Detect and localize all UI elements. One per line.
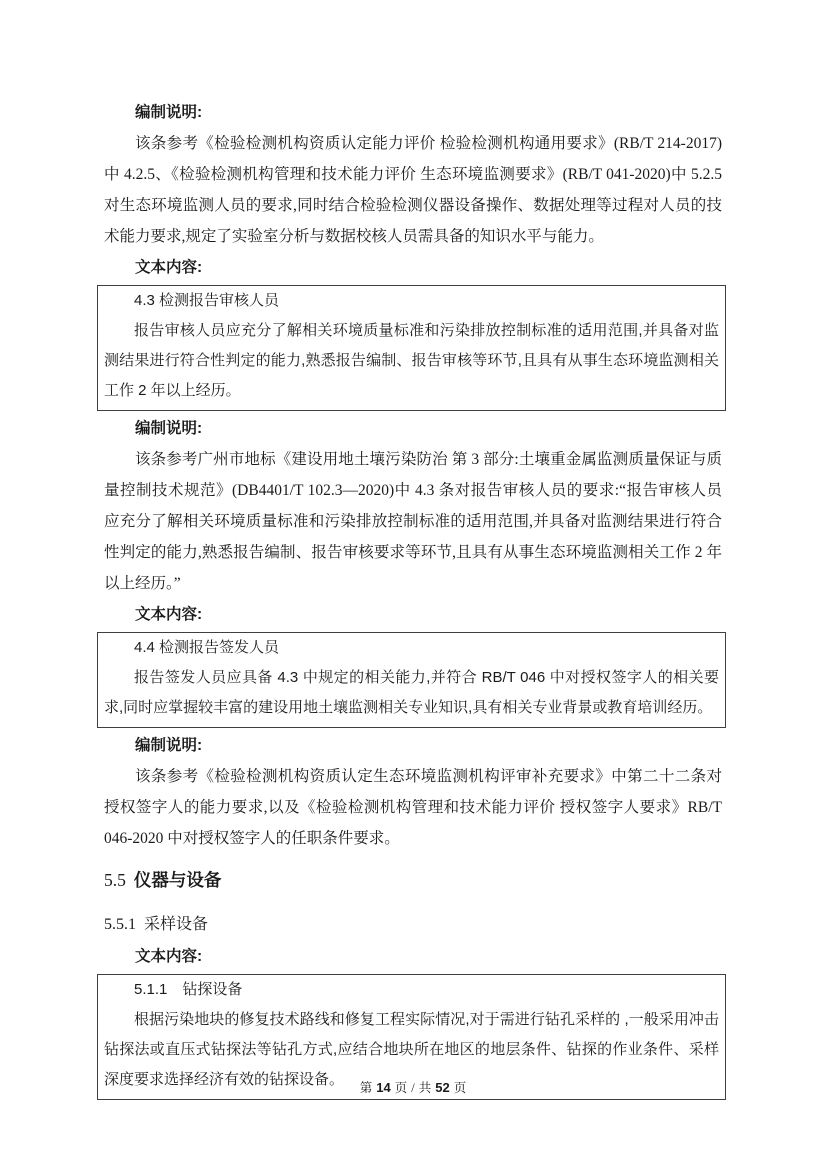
compilation-note-label: 编制说明: [104, 97, 722, 128]
text-content-label: 文本内容: [104, 599, 722, 630]
footer-text: 第 [360, 1081, 373, 1095]
note-paragraph: 该条参考《检验检测机构资质认定生态环境监测机构评审补充要求》中第二十二条对授权签… [104, 761, 722, 854]
section-title: 仪器与设备 [134, 870, 222, 890]
section-heading-5-5: 5.5仪器与设备 [104, 864, 722, 897]
note-paragraph: 该条参考广州市地标《建设用地土壤污染防治 第 3 部分:土壤重金属监测质量保证与… [104, 444, 722, 599]
box-body: 报告审核人员应充分了解相关环境质量标准和污染排放控制标准的适用范围,并具备对监测… [104, 316, 719, 406]
document-content: 编制说明: 该条参考《检验检测机构资质认定能力评价 检验检测机构通用要求》(RB… [104, 97, 722, 1102]
text-content-box-4-4: 4.4 检测报告签发人员 报告签发人员应具备 4.3 中规定的相关能力,并符合 … [97, 632, 726, 728]
box-body: 报告签发人员应具备 4.3 中规定的相关能力,并符合 RB/T 046 中对授权… [104, 663, 719, 723]
footer-text: 页 [395, 1081, 408, 1095]
box-title: 5.1.1 钻探设备 [104, 975, 719, 1005]
compilation-note-label: 编制说明: [104, 413, 722, 444]
total-pages: 52 [435, 1080, 449, 1095]
box-title: 4.4 检测报告签发人员 [104, 633, 719, 663]
box-title: 4.3 检测报告审核人员 [104, 286, 719, 316]
page-footer: 第14页/共52页 [0, 1072, 826, 1104]
page-number: 14 [376, 1080, 390, 1095]
footer-text: 共 [419, 1081, 432, 1095]
text-content-box-4-3: 4.3 检测报告审核人员 报告审核人员应充分了解相关环境质量标准和污染排放控制标… [97, 285, 726, 411]
footer-text: 页 [454, 1081, 467, 1095]
note-paragraph: 该条参考《检验检测机构资质认定能力评价 检验检测机构通用要求》(RB/T 214… [104, 128, 722, 252]
section-number: 5.5 [104, 870, 126, 890]
subsection-title: 采样设备 [144, 916, 208, 933]
subsection-number: 5.5.1 [104, 916, 136, 933]
text-content-label: 文本内容: [104, 252, 722, 283]
document-page: 编制说明: 该条参考《检验检测机构资质认定能力评价 检验检测机构通用要求》(RB… [0, 0, 826, 1169]
compilation-note-label: 编制说明: [104, 730, 722, 761]
text-content-label: 文本内容: [104, 941, 722, 972]
subsection-heading-5-5-1: 5.5.1采样设备 [104, 908, 722, 941]
footer-separator: / [411, 1081, 414, 1095]
